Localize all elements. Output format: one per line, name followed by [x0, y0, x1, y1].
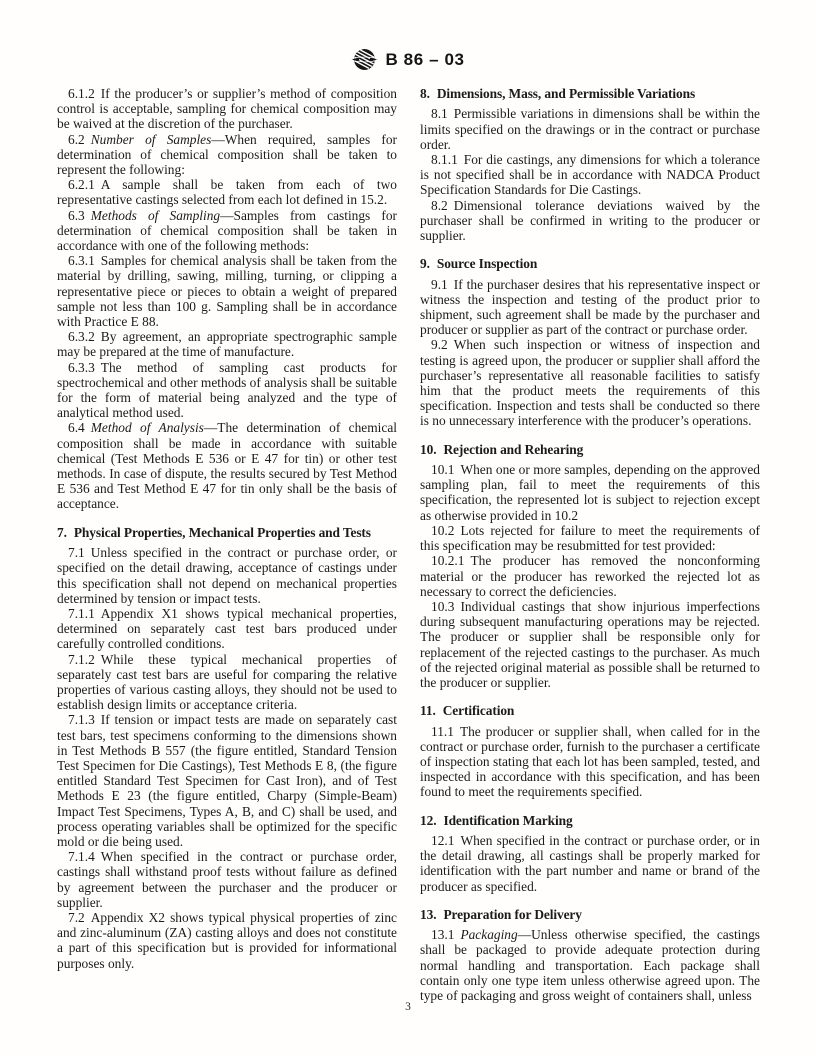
- paragraph: 6.2.1A sample shall be taken from each o…: [57, 177, 397, 207]
- clause-number: 9.2: [431, 337, 454, 352]
- heading-number: 8.: [420, 86, 437, 101]
- clause-number: 9.1: [431, 277, 454, 292]
- paragraph: 8.1.1For die castings, any dimensions fo…: [420, 152, 760, 198]
- paragraph: 7.1Unless specified in the contract or p…: [57, 545, 397, 606]
- clause-text: If tension or impact tests are made on s…: [57, 712, 397, 849]
- paragraph: 6.4Method of Analysis—The determination …: [57, 420, 397, 511]
- heading-text: Identification Marking: [443, 813, 572, 828]
- paragraph: 6.1.2If the producer’s or supplier’s met…: [57, 86, 397, 132]
- clause-text: The method of sampling cast products for…: [57, 360, 397, 421]
- clause-text: Unless specified in the contract or purc…: [57, 545, 397, 606]
- paragraph: 6.3.1Samples for chemical analysis shall…: [57, 253, 397, 329]
- paragraph: 6.3Methods of Sampling—Samples from cast…: [57, 208, 397, 254]
- clause-text: If the purchaser desires that his repres…: [420, 277, 760, 338]
- paragraph: 13.1Packaging—Unless otherwise specified…: [420, 927, 760, 1003]
- paragraph: 9.1If the purchaser desires that his rep…: [420, 277, 760, 338]
- section-heading: 12.Identification Marking: [420, 813, 760, 828]
- heading-text: Physical Properties, Mechanical Properti…: [74, 525, 371, 540]
- paragraph: 10.3Individual castings that show injuri…: [420, 599, 760, 690]
- paragraph: 7.1.2While these typical mechanical prop…: [57, 652, 397, 713]
- paragraph: 12.1When specified in the contract or pu…: [420, 833, 760, 894]
- clause-text: The producer or supplier shall, when cal…: [420, 724, 760, 800]
- section-heading: 8.Dimensions, Mass, and Permissible Vari…: [420, 86, 760, 101]
- clause-number: 7.1.4: [68, 849, 101, 864]
- clause-number: 7.1.1: [68, 606, 101, 621]
- section-heading: 7.Physical Properties, Mechanical Proper…: [57, 525, 397, 540]
- clause-text: The producer has removed the nonconformi…: [420, 553, 760, 598]
- clause-number: 6.2.1: [68, 177, 101, 192]
- clause-number: 7.1: [68, 545, 91, 560]
- document-header: B 86 – 03: [0, 46, 816, 73]
- clause-number: 10.1: [431, 462, 460, 477]
- document-page: B 86 – 03 6.1.2If the producer’s or supp…: [0, 0, 816, 1056]
- clause-text: For die castings, any dimensions for whi…: [420, 152, 760, 197]
- clause-number: 6.2: [68, 132, 91, 147]
- paragraph: 8.1Permissible variations in dimensions …: [420, 106, 760, 152]
- clause-number: 8.1: [431, 106, 454, 121]
- paragraph: 11.1The producer or supplier shall, when…: [420, 724, 760, 800]
- section-heading: 11.Certification: [420, 703, 760, 718]
- clause-number: 8.1.1: [431, 152, 464, 167]
- section-heading: 13.Preparation for Delivery: [420, 907, 760, 922]
- clause-number: 8.2: [431, 198, 454, 213]
- astm-logo-icon: [351, 46, 378, 73]
- section-heading: 9.Source Inspection: [420, 256, 760, 271]
- clause-text: When specified in the contract or purcha…: [420, 833, 760, 894]
- clause-lead-italic: Method of Analysis: [91, 420, 204, 435]
- heading-number: 10.: [420, 442, 443, 457]
- heading-text: Dimensions, Mass, and Permissible Variat…: [437, 86, 695, 101]
- clause-number: 7.2: [68, 910, 91, 925]
- clause-text: Appendix X2 shows typical physical prope…: [57, 910, 397, 971]
- clause-lead-italic: Number of Samples: [91, 132, 212, 147]
- heading-text: Rejection and Rehearing: [443, 442, 583, 457]
- clause-number: 6.3.3: [68, 360, 101, 375]
- clause-text: Samples for chemical analysis shall be t…: [57, 253, 397, 329]
- paragraph: 9.2When such inspection or witness of in…: [420, 337, 760, 428]
- clause-text: When specified in the contract or purcha…: [57, 849, 397, 910]
- heading-number: 9.: [420, 256, 437, 271]
- clause-number: 12.1: [431, 833, 460, 848]
- clause-text: When one or more samples, depending on t…: [420, 462, 760, 523]
- column-right: 8.Dimensions, Mass, and Permissible Vari…: [420, 86, 760, 1003]
- two-column-body: 6.1.2If the producer’s or supplier’s met…: [57, 86, 760, 1003]
- doc-code: B 86 – 03: [385, 50, 464, 70]
- paragraph: 7.1.4When specified in the contract or p…: [57, 849, 397, 910]
- clause-number: 6.4: [68, 420, 91, 435]
- heading-number: 12.: [420, 813, 443, 828]
- clause-text: Lots rejected for failure to meet the re…: [420, 523, 760, 553]
- clause-number: 10.2: [431, 523, 460, 538]
- heading-text: Preparation for Delivery: [443, 907, 581, 922]
- clause-text: Individual castings that show injurious …: [420, 599, 760, 690]
- page-number: 3: [405, 1001, 411, 1013]
- clause-lead-italic: Methods of Sampling: [91, 208, 220, 223]
- clause-text: When such inspection or witness of inspe…: [420, 337, 760, 428]
- paragraph: 6.2Number of Samples—When required, samp…: [57, 132, 397, 178]
- clause-number: 6.3.1: [68, 253, 101, 268]
- paragraph: 7.1.3If tension or impact tests are made…: [57, 712, 397, 849]
- paragraph: 6.3.3The method of sampling cast product…: [57, 360, 397, 421]
- paragraph: 8.2Dimensional tolerance deviations waiv…: [420, 198, 760, 244]
- clause-number: 6.1.2: [68, 86, 101, 101]
- clause-text: Dimensional tolerance deviations waived …: [420, 198, 760, 243]
- heading-number: 11.: [420, 703, 443, 718]
- clause-number: 10.2.1: [431, 553, 470, 568]
- column-left: 6.1.2If the producer’s or supplier’s met…: [57, 86, 397, 1003]
- paragraph: 10.2Lots rejected for failure to meet th…: [420, 523, 760, 553]
- clause-number: 10.3: [431, 599, 460, 614]
- clause-number: 7.1.2: [68, 652, 101, 667]
- clause-text: A sample shall be taken from each of two…: [57, 177, 397, 207]
- heading-text: Source Inspection: [437, 256, 537, 271]
- clause-text: Permissible variations in dimensions sha…: [420, 106, 760, 151]
- clause-number: 6.3.2: [68, 329, 101, 344]
- clause-text: Appendix X1 shows typical mechanical pro…: [57, 606, 397, 651]
- clause-number: 7.1.3: [68, 712, 101, 727]
- heading-number: 13.: [420, 907, 443, 922]
- paragraph: 10.1When one or more samples, depending …: [420, 462, 760, 523]
- paragraph: 7.2Appendix X2 shows typical physical pr…: [57, 910, 397, 971]
- heading-text: Certification: [443, 703, 515, 718]
- clause-text: While these typical mechanical propertie…: [57, 652, 397, 713]
- clause-text: If the producer’s or supplier’s method o…: [57, 86, 397, 131]
- clause-text: By agreement, an appropriate spectrograp…: [57, 329, 397, 359]
- footer: 3: [0, 1001, 816, 1013]
- heading-number: 7.: [57, 525, 74, 540]
- paragraph: 7.1.1Appendix X1 shows typical mechanica…: [57, 606, 397, 652]
- clause-lead-italic: Packaging: [460, 927, 517, 942]
- clause-number: 6.3: [68, 208, 91, 223]
- section-heading: 10.Rejection and Rehearing: [420, 442, 760, 457]
- paragraph: 6.3.2By agreement, an appropriate spectr…: [57, 329, 397, 359]
- paragraph: 10.2.1The producer has removed the nonco…: [420, 553, 760, 599]
- clause-number: 11.1: [431, 724, 460, 739]
- clause-number: 13.1: [431, 927, 460, 942]
